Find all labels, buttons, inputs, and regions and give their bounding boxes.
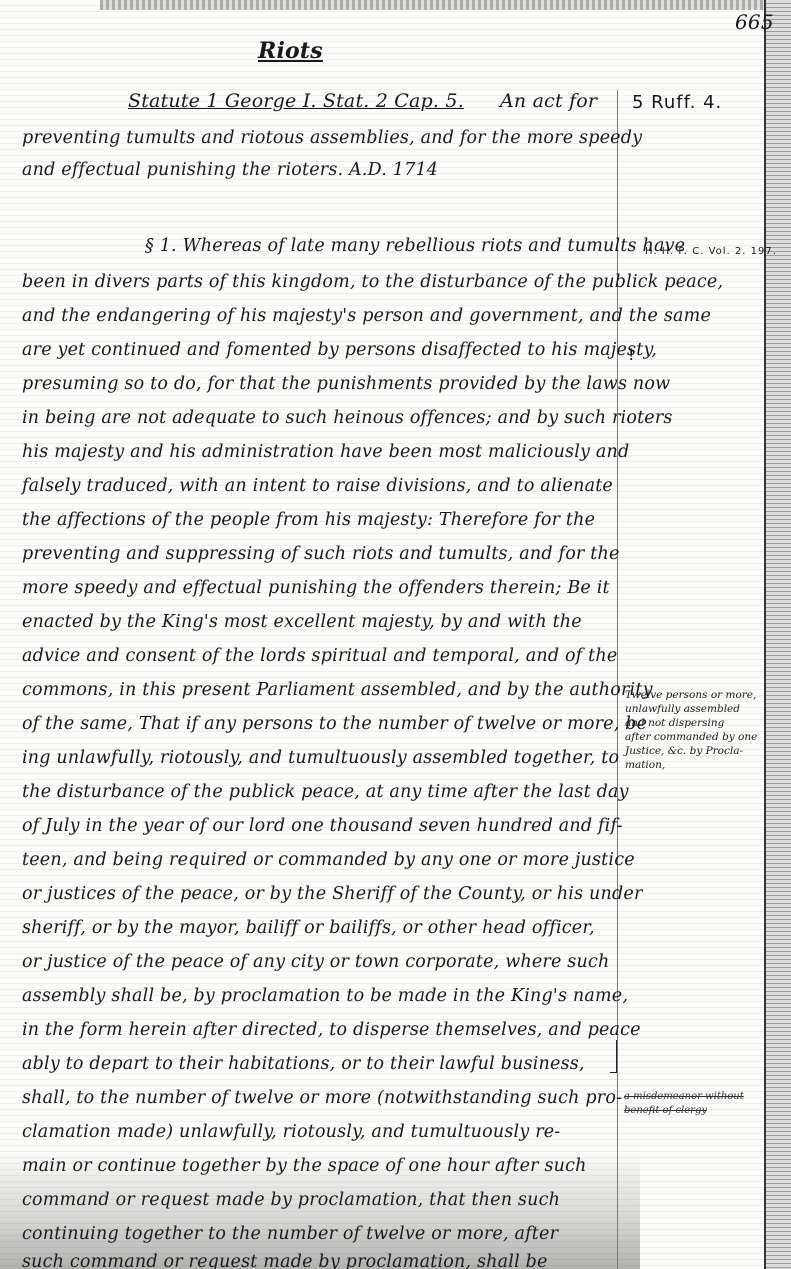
statute-heading: Statute 1 George I. Stat. 2 Cap. 5. (128, 90, 464, 112)
text-line: such command or request made by proclama… (22, 1252, 548, 1269)
text-line: in the form herein after directed, to di… (22, 1020, 641, 1040)
text-line: been in divers parts of this kingdom, to… (22, 272, 723, 292)
text-line: advice and consent of the lords spiritua… (22, 646, 617, 666)
statute-heading-tail: An act for (500, 90, 597, 112)
text-line: assembly shall be, by proclamation to be… (22, 986, 628, 1006)
text-line: in being are not adequate to such heinou… (22, 408, 673, 428)
text-line: presuming so to do, for that the punishm… (22, 374, 670, 394)
page-number: 665 (735, 10, 774, 34)
text-line: ably to depart to their habitations, or … (22, 1054, 585, 1074)
text-line: and the endangering of his majesty's per… (22, 306, 711, 326)
side-note-line: unlawfully assembled (625, 702, 765, 716)
text-line: the affections of the people from his ma… (22, 510, 595, 530)
margin-bracket (610, 1040, 617, 1073)
text-line: preventing tumults and riotous assemblie… (22, 128, 642, 148)
text-line: enacted by the King's most excellent maj… (22, 612, 582, 632)
text-line: shall, to the number of twelve or more (… (22, 1088, 622, 1108)
text-line: teen, and being required or commanded by… (22, 850, 635, 870)
text-line: clamation made) unlawfully, riotously, a… (22, 1122, 560, 1142)
margin-side-note: Twelve persons or more, unlawfully assem… (625, 688, 765, 772)
text-line: more speedy and effectual punishing the … (22, 578, 610, 598)
side-note-line: mation, (625, 758, 765, 772)
text-line: continuing together to the number of twe… (22, 1224, 558, 1244)
struck-margin-note: a misdemeanor without benefit of clergy (624, 1090, 764, 1118)
text-line: commons, in this present Parliament asse… (22, 680, 653, 700)
side-note-line: and not dispersing (625, 716, 765, 730)
text-line: are yet continued and fomented by person… (22, 340, 657, 360)
text-line: and effectual punishing the rioters. A.D… (22, 160, 438, 180)
binding-edge (766, 0, 791, 1269)
section-1-opening: § 1. Whereas of late many rebellious rio… (145, 236, 685, 256)
text-line: of the same, That if any persons to the … (22, 714, 647, 734)
text-line: preventing and suppressing of such riots… (22, 544, 620, 564)
margin-reference-ruff: 5 Ruff. 4. (632, 92, 722, 113)
side-note-line: after commanded by one (625, 730, 765, 744)
margin-mark: ! (628, 345, 634, 364)
text-line: or justices of the peace, or by the Sher… (22, 884, 643, 904)
text-line: ing unlawfully, riotously, and tumultuou… (22, 748, 619, 768)
side-note-line: Twelve persons or more, (625, 688, 765, 702)
struck-note-line: benefit of clergy (624, 1104, 764, 1118)
scanned-page: 665 Riots Statute 1 George I. Stat. 2 Ca… (0, 0, 791, 1269)
struck-note-line: a misdemeanor without (624, 1090, 764, 1104)
text-line: main or continue together by the space o… (22, 1156, 587, 1176)
text-line: falsely traduced, with an intent to rais… (22, 476, 613, 496)
text-line: of July in the year of our lord one thou… (22, 816, 623, 836)
text-line: or justice of the peace of any city or t… (22, 952, 609, 972)
text-line: his majesty and his administration have … (22, 442, 629, 462)
side-note-line: Justice, &c. by Procla- (625, 744, 765, 758)
text-line: the disturbance of the publick peace, at… (22, 782, 629, 802)
margin-reference-hhpc: H. H. P. C. Vol. 2. 197. (645, 246, 777, 257)
scan-artifact-top (100, 0, 780, 10)
page-title: Riots (258, 38, 323, 64)
text-line: command or request made by proclamation,… (22, 1190, 560, 1210)
text-line: sheriff, or by the mayor, bailiff or bai… (22, 918, 595, 938)
